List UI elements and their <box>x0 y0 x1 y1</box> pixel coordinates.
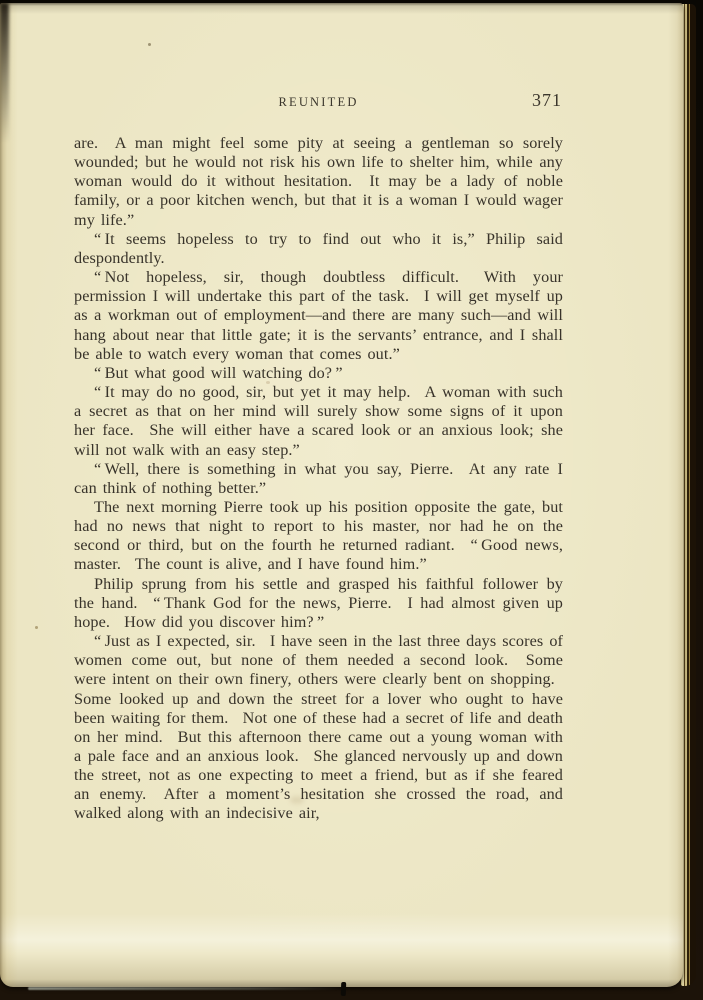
page-number: 371 <box>532 90 562 111</box>
book-photo: REUNITED 371 are. A man might feel some … <box>0 0 703 1000</box>
paragraph: “ It may do no good, sir, but yet it may… <box>74 383 563 460</box>
paragraph: “ Well, there is something in what you s… <box>74 460 563 498</box>
page-header: REUNITED 371 <box>74 95 563 113</box>
paragraph: “ It seems hopeless to try to find out w… <box>74 230 563 268</box>
paragraph: “ Just as I expected, sir. I have seen i… <box>74 632 563 824</box>
paragraph: The next morning Pierre took up his posi… <box>74 498 563 575</box>
spine-seam <box>341 982 346 996</box>
text-block: are. A man might feel some pity at seein… <box>74 134 563 824</box>
table-edge-highlight <box>28 987 343 990</box>
running-title: REUNITED <box>74 95 563 110</box>
paragraph: are. A man might feel some pity at seein… <box>74 134 563 230</box>
printed-area: REUNITED 371 are. A man might feel some … <box>74 95 563 824</box>
page-edges-icon <box>681 4 696 986</box>
paragraph: Philip sprung from his settle and graspe… <box>74 575 563 632</box>
book-page: REUNITED 371 are. A man might feel some … <box>0 3 683 987</box>
paper-speck <box>148 43 151 46</box>
paragraph: “ But what good will watching do? ” <box>74 364 563 383</box>
binding-shadow <box>0 3 9 143</box>
paragraph: “ Not hopeless, sir, though doubtless di… <box>74 268 563 364</box>
paper-speck <box>35 626 38 629</box>
